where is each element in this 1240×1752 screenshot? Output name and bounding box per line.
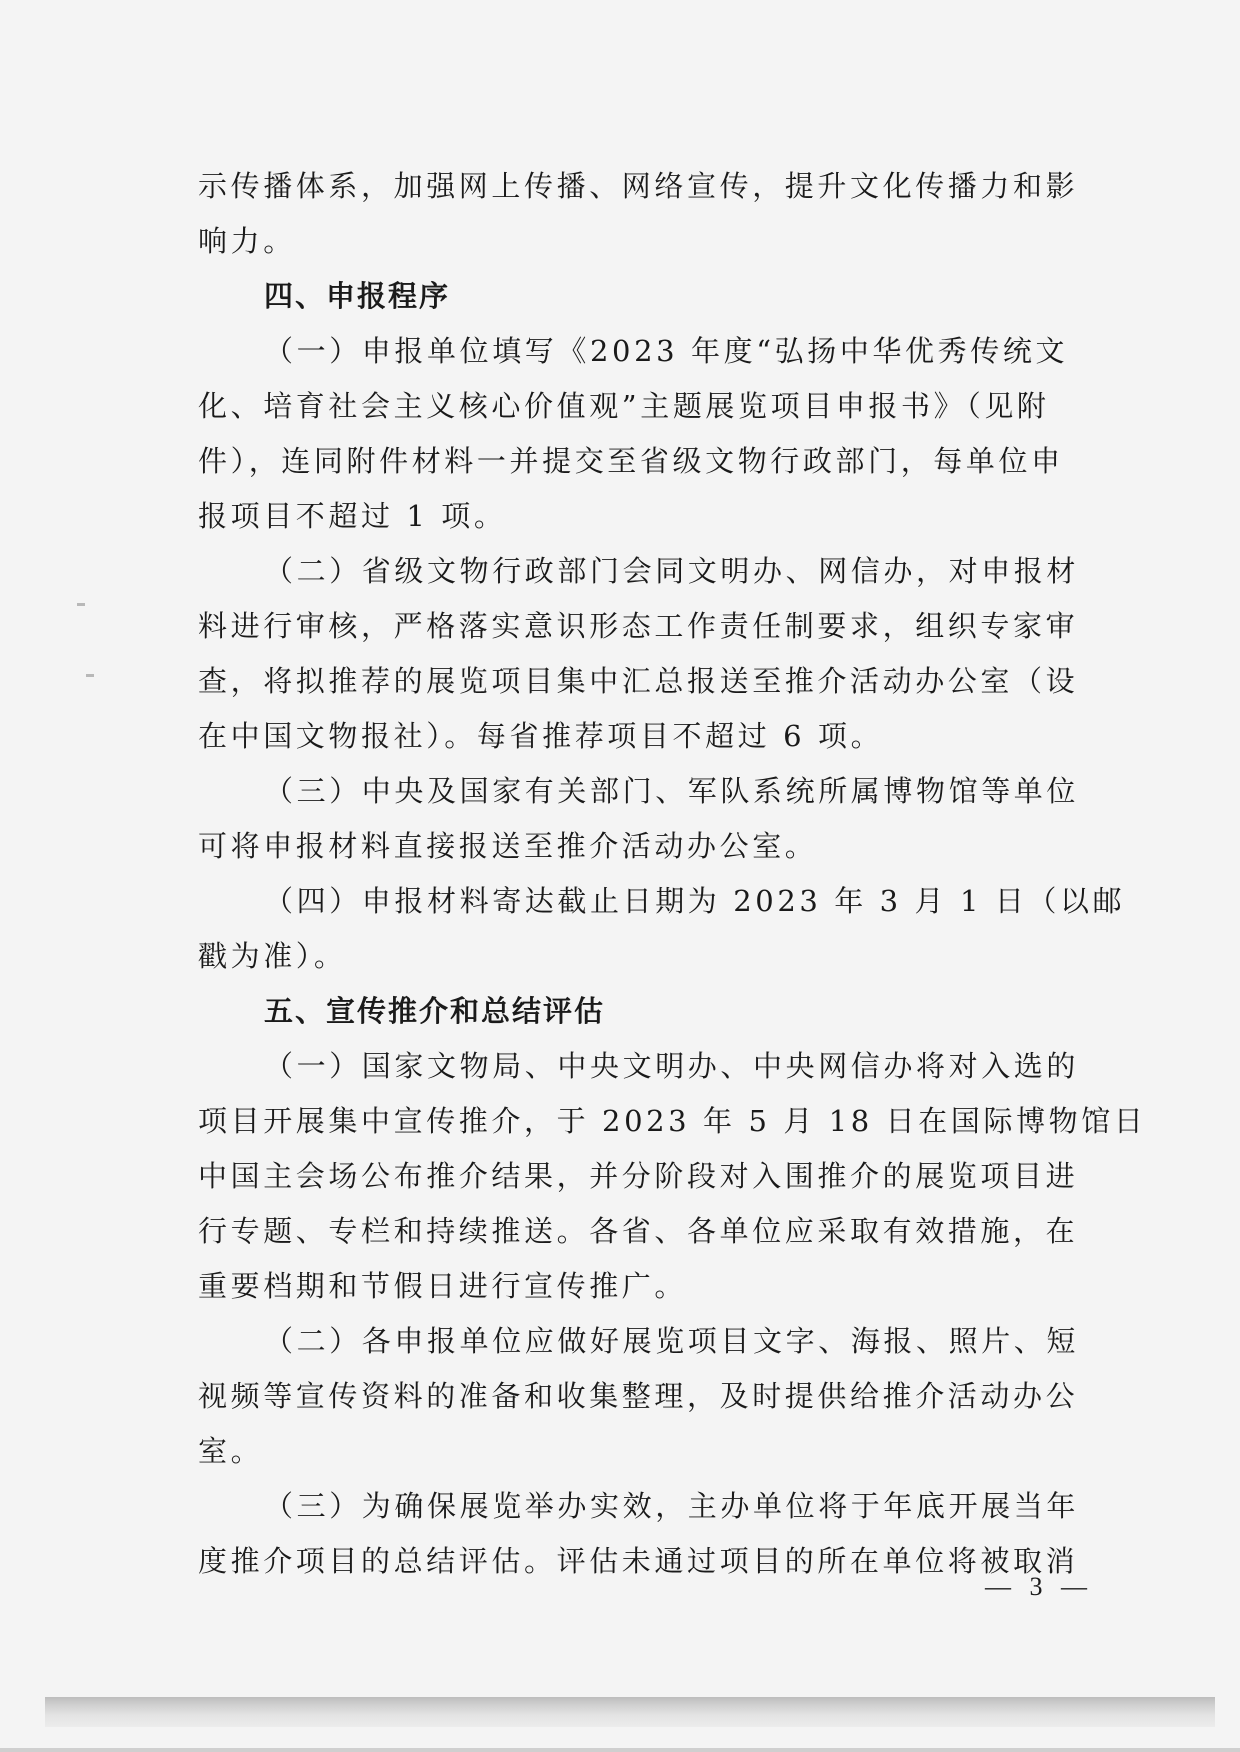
document-page: 示传播体系，加强网上传播、网络宣传，提升文化传播力和影 响力。 四、申报程序 （… — [0, 0, 1240, 1752]
body-line: 戳为准）。 — [198, 936, 1078, 976]
body-line: （二）各申报单位应做好展览项目文字、海报、照片、短 — [264, 1321, 1144, 1361]
body-line: （一）国家文物局、中央文明办、中央网信办将对入选的 — [264, 1046, 1144, 1086]
section-heading-4: 四、申报程序 — [264, 276, 1144, 316]
body-line: （三）中央及国家有关部门、军队系统所属博物馆等单位 — [264, 771, 1144, 811]
body-line: 重要档期和节假日进行宣传推广。 — [198, 1266, 1078, 1306]
body-line: 响力。 — [198, 221, 1078, 261]
body-line: 项目开展集中宣传推介，于 2023 年 5 月 18 日在国际博物馆日 — [198, 1101, 1078, 1141]
scan-speck — [77, 603, 85, 606]
body-line: 查，将拟推荐的展览项目集中汇总报送至推介活动办公室（设 — [198, 661, 1078, 701]
body-line: 在中国文物报社）。每省推荐项目不超过 6 项。 — [198, 716, 1078, 756]
body-line: 件），连同附件材料一并提交至省级文物行政部门，每单位申 — [198, 441, 1078, 481]
body-line: 示传播体系，加强网上传播、网络宣传，提升文化传播力和影 — [198, 166, 1078, 206]
body-line: 可将申报材料直接报送至推介活动办公室。 — [198, 826, 1078, 866]
body-line: 报项目不超过 1 项。 — [198, 496, 1078, 536]
body-line: 行专题、专栏和持续推送。各省、各单位应采取有效措施，在 — [198, 1211, 1078, 1251]
section-heading-5: 五、宣传推介和总结评估 — [264, 991, 1144, 1031]
scan-speck — [86, 674, 94, 677]
body-line: 料进行审核，严格落实意识形态工作责任制要求，组织专家审 — [198, 606, 1078, 646]
body-line: （四）申报材料寄达截止日期为 2023 年 3 月 1 日（以邮 — [264, 881, 1144, 921]
body-line: （二）省级文物行政部门会同文明办、网信办，对申报材 — [264, 551, 1144, 591]
scan-edge — [0, 1748, 1240, 1752]
body-line: 中国主会场公布推介结果，并分阶段对入围推介的展览项目进 — [198, 1156, 1078, 1196]
body-line: （一）申报单位填写《2023 年度“弘扬中华优秀传统文 — [264, 331, 1144, 371]
body-line: 化、培育社会主义核心价值观”主题展览项目申报书》（见附 — [198, 386, 1078, 426]
body-line: （三）为确保展览举办实效，主办单位将于年底开展当年 — [264, 1486, 1144, 1526]
body-line: 视频等宣传资料的准备和收集整理，及时提供给推介活动办公 — [198, 1376, 1078, 1416]
scan-shadow-bar — [45, 1697, 1215, 1727]
page-number: — 3 — — [985, 1572, 1093, 1602]
body-line: 室。 — [198, 1431, 1078, 1471]
body-line: 度推介项目的总结评估。评估未通过项目的所在单位将被取消 — [198, 1541, 1078, 1581]
